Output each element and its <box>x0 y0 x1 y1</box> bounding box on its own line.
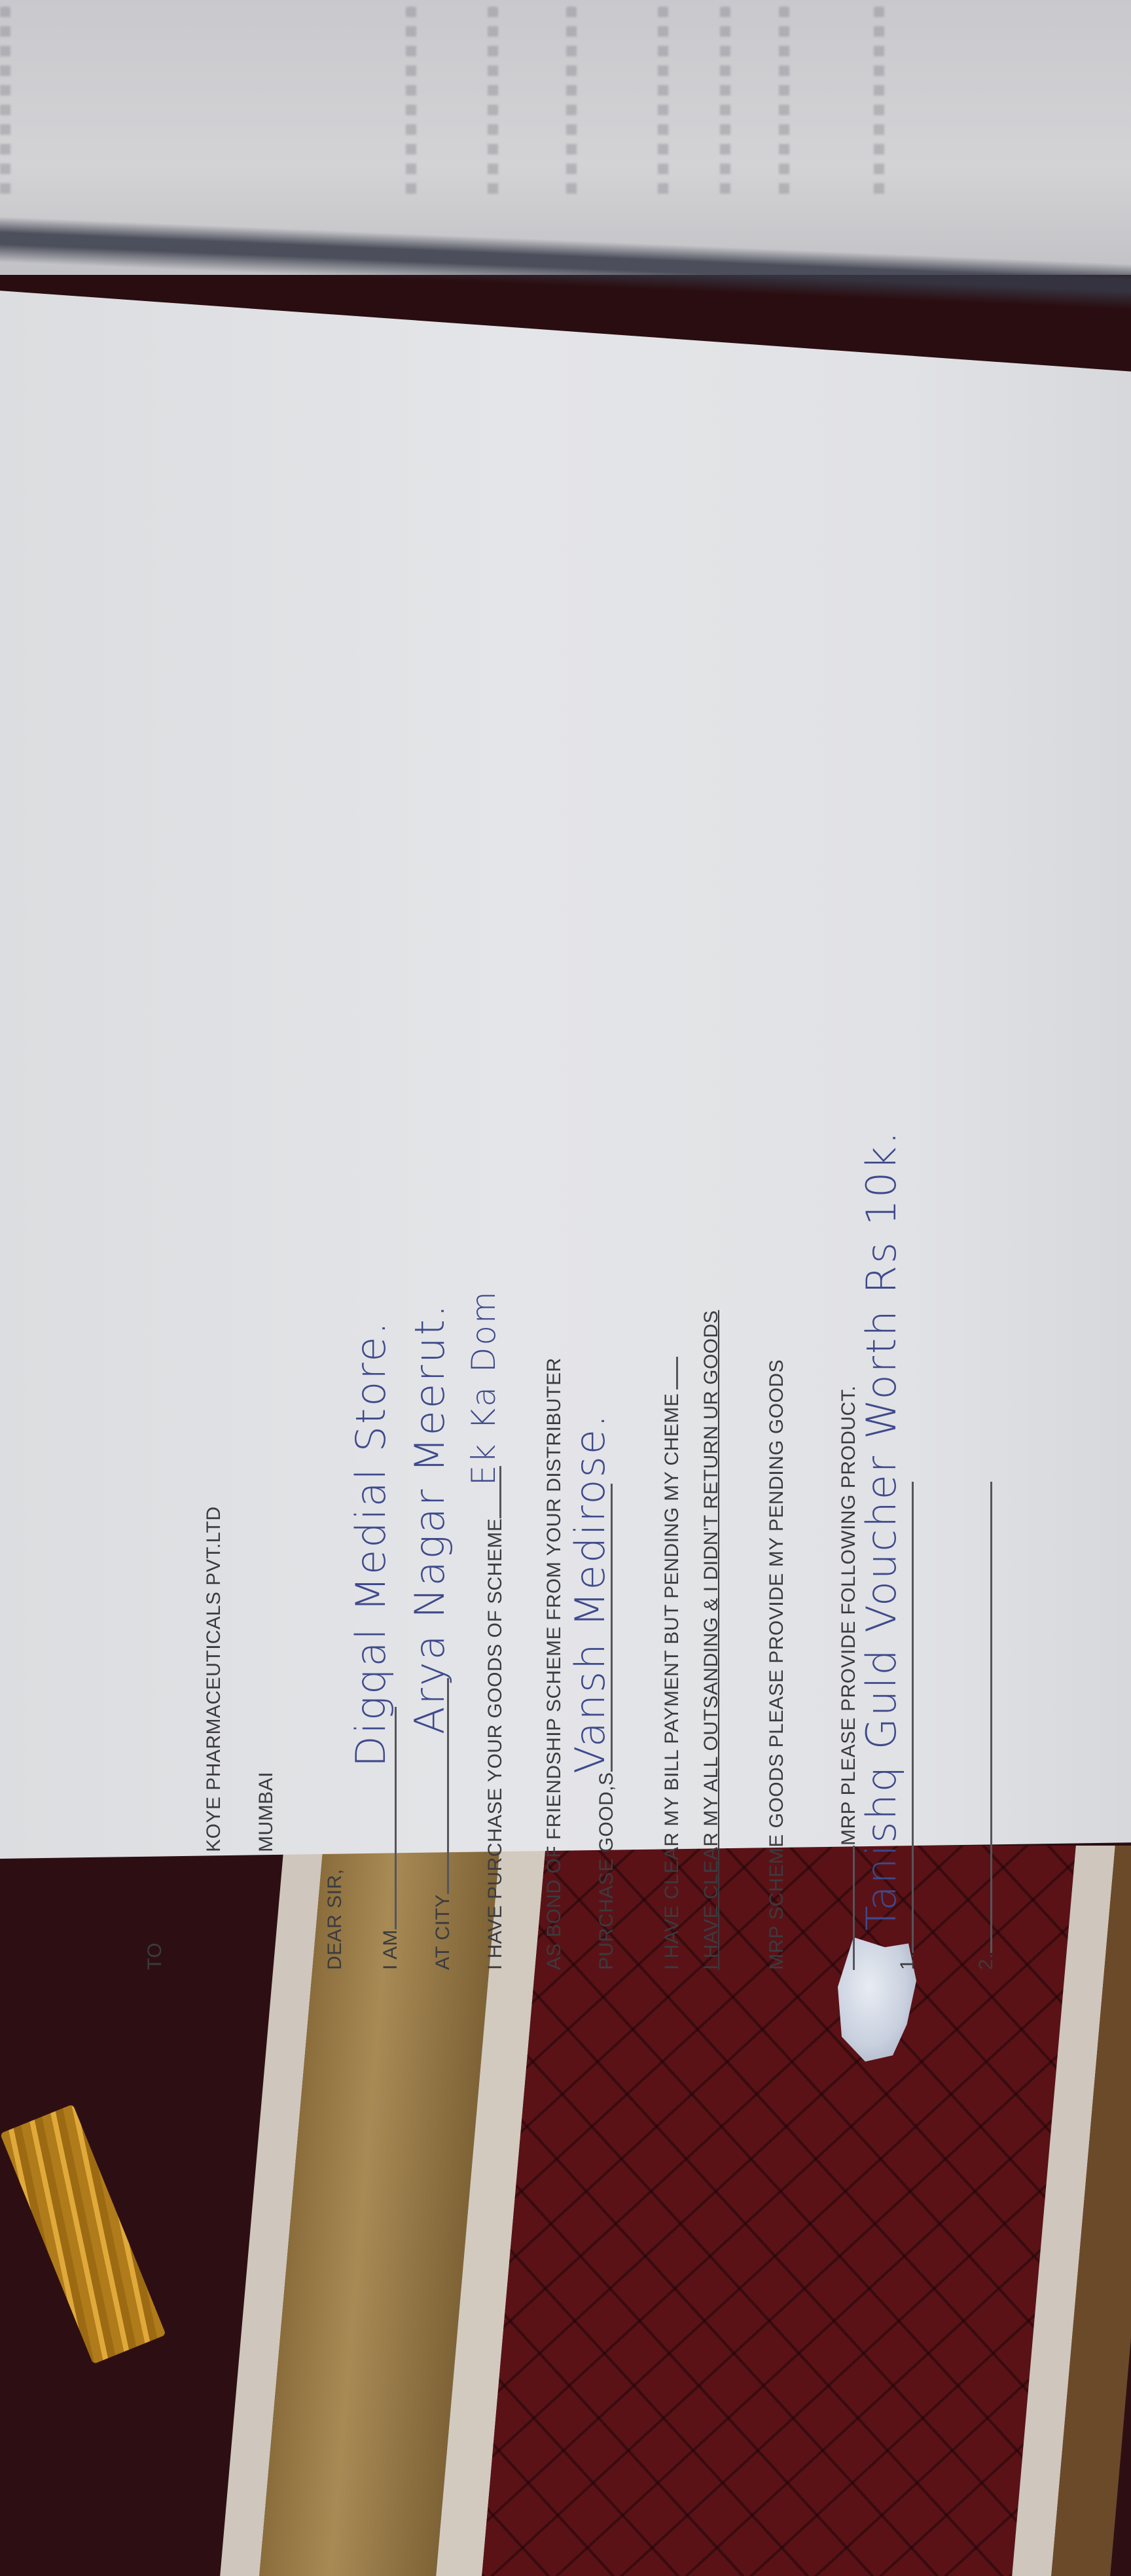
at-city-value: Arya Nagar Meerut. <box>406 1302 454 1734</box>
product-value-1: Tanishq Guld Voucher Worth Rs 10k. <box>857 1130 905 1931</box>
show-through-text <box>658 7 668 196</box>
bill-payment-row: I HAVE CLEAR MY BILL PAYMENT BUT PENDING… <box>661 1357 683 1970</box>
i-am-field[interactable] <box>395 1707 397 1929</box>
show-through-text <box>0 7 10 196</box>
mrp-scheme-text: MRP SCHEME GOODS PLEASE PROVIDE MY PENDI… <box>766 1359 788 1970</box>
bill-payment-text: I HAVE CLEAR MY BILL PAYMENT BUT PENDING… <box>661 1393 683 1970</box>
addressee: KOYE PHARMACEUTICALS PVT.LTD <box>203 1506 225 1852</box>
cheme-field[interactable] <box>676 1357 678 1389</box>
addressee-city: MUMBAI <box>255 1772 278 1852</box>
show-through-text <box>566 7 577 196</box>
i-am-value: Digqal Medial Store. <box>347 1320 395 1767</box>
product-number: 2. <box>975 1953 997 1970</box>
product-number: 1. <box>897 1953 918 1970</box>
i-am-label: I AM <box>380 1929 401 1970</box>
mrp-please-row: MRP PLEASE PROVIDE FOLLOWING PRODUCT. <box>838 1386 860 1970</box>
show-through-text <box>406 7 416 196</box>
purchase-goods-label: PURCHASE GOOD,S <box>596 1772 617 1970</box>
mrp-field[interactable] <box>853 1846 855 1970</box>
scheme-value: Ek Ka Dom <box>465 1289 503 1486</box>
to-label: TO <box>144 1942 166 1970</box>
purchase-goods-value: Vansh Medirose. <box>566 1412 614 1774</box>
scheme-row: I HAVE PURCHASE YOUR GOODS OF SCHEME <box>484 1466 507 1970</box>
product-row-2: 2. <box>975 1482 997 1970</box>
salutation: DEAR SIR, <box>324 1869 346 1970</box>
letter: TO KOYE PHARMACEUTICALS PVT.LTD MUMBAI D… <box>98 465 1080 1970</box>
product-field-1[interactable] <box>912 1482 914 1953</box>
outstanding-text: I HAVE CLEAR MY ALL OUTSANDING & I DIDN'… <box>700 1310 723 1970</box>
show-through-text <box>779 7 789 196</box>
show-through-text <box>488 7 498 196</box>
show-through-text <box>874 7 884 196</box>
scheme-label: I HAVE PURCHASE YOUR GOODS OF SCHEME <box>484 1518 506 1970</box>
show-through-text <box>720 7 730 196</box>
friendship-line: AS BOND OF FRIENDSHIP SCHEME FROM YOUR D… <box>543 1357 565 1970</box>
product-field-2[interactable] <box>990 1482 992 1953</box>
mrp-please-text: MRP PLEASE PROVIDE FOLLOWING PRODUCT. <box>838 1386 859 1846</box>
at-city-label: AT CITY <box>432 1894 454 1970</box>
